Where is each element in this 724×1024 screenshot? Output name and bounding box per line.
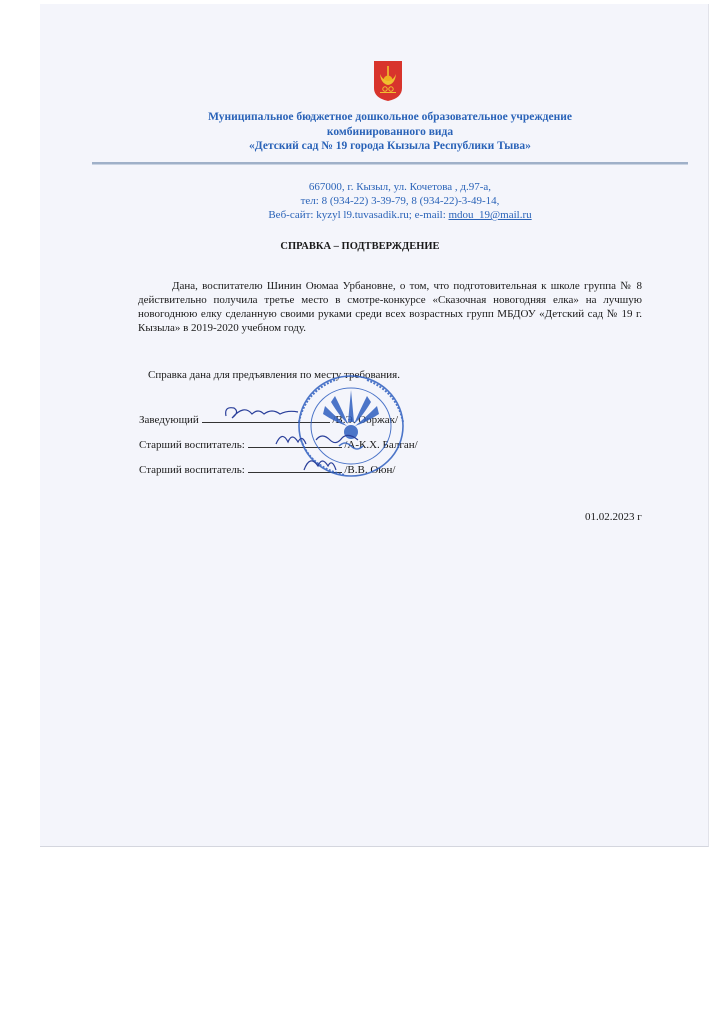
document-date: 01.02.2023 г — [585, 511, 642, 523]
body-text: Дана, воспитателю Шинин Оюмаа Урбановне,… — [138, 280, 642, 334]
website: Веб-сайт: kyzyl l9.tuvasadik.ru; e-mail: — [268, 209, 448, 221]
signature-role: Старший воспитатель: — [139, 464, 245, 476]
header-line-3: «Детский сад № 19 города Кызыла Республи… — [180, 139, 600, 154]
header-line-1: Муниципальное бюджетное дошкольное образ… — [180, 110, 600, 125]
city-coat-of-arms-icon — [373, 60, 403, 102]
address: 667000, г. Кызыл, ул. Кочетова , д.97-а, — [230, 180, 570, 194]
organization-header: Муниципальное бюджетное дошкольное образ… — [180, 110, 600, 154]
contact-block: 667000, г. Кызыл, ул. Кочетова , д.97-а,… — [230, 180, 570, 222]
signature-role: Старший воспитатель: — [139, 439, 245, 451]
email-link[interactable]: mdou_19@mail.ru — [449, 209, 532, 221]
senior-1-signature-scribble — [272, 428, 362, 450]
phones: тел: 8 (934-22) 3-39-79, 8 (934-22)-3-49… — [230, 194, 570, 208]
head-signature-scribble — [222, 402, 302, 424]
header-divider — [92, 162, 688, 165]
signature-role: Заведующий — [139, 414, 199, 426]
header-line-2: комбинированного вида — [180, 125, 600, 140]
senior-2-signature-scribble — [300, 452, 340, 476]
document-title: СПРАВКА – ПОДТВЕРЖДЕНИЕ — [130, 241, 590, 252]
web-email-line: Веб-сайт: kyzyl l9.tuvasadik.ru; e-mail:… — [230, 208, 570, 222]
body-paragraph: Дана, воспитателю Шинин Оюмаа Урбановне,… — [138, 279, 642, 335]
